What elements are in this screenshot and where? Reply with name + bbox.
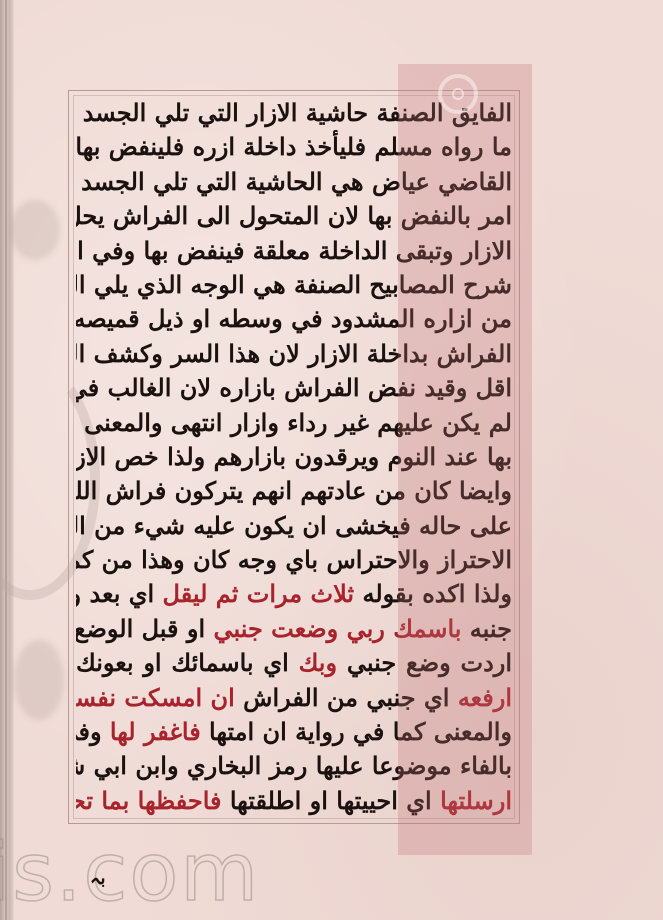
watermark-logo-inner-icon bbox=[452, 88, 464, 100]
catchword: بہ bbox=[90, 868, 106, 889]
watermark-text: is.com bbox=[0, 826, 260, 919]
rubric-text: وبك bbox=[299, 648, 338, 677]
rubric-text: ثلاث مرات ثم ليقل bbox=[163, 579, 355, 608]
rubric-text: ان امسكت نفسي bbox=[76, 683, 235, 712]
watermark-overlay-band bbox=[398, 64, 532, 855]
paper-stain bbox=[14, 640, 64, 720]
paper-stain bbox=[10, 200, 60, 260]
rubric-text: فاغفر لها bbox=[110, 717, 201, 746]
rubric-text: فاحفظها بما تحفظ bbox=[76, 786, 221, 815]
